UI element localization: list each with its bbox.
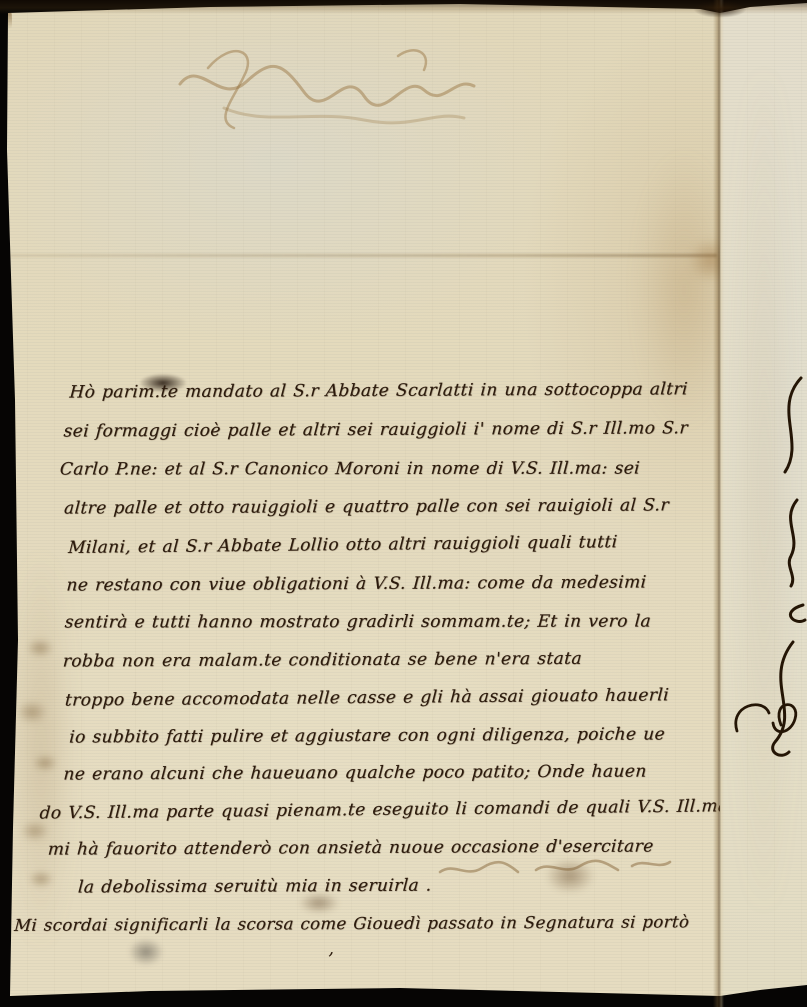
script-line: sentirà e tutti hanno mostrato gradirli … [64, 611, 652, 632]
letter-page: Hò parim.te mandato al S.r Abbate Scarla… [0, 0, 720, 1007]
script-line: ne restano con viue obligationi à V.S. I… [66, 572, 647, 595]
top-edge-shadow [0, 0, 807, 14]
script-line: ne erano alcuni che haueuano qualche poc… [63, 761, 648, 784]
script-line: mi hà fauorito attenderò con ansietà nuo… [47, 836, 654, 859]
page-fold [713, 0, 724, 1007]
script-line: Milani, et al S.r Abbate Lollio otto alt… [68, 532, 619, 558]
script-line: Carlo P.ne: et al S.r Canonico Moroni in… [59, 459, 640, 480]
ink-fragment-flourish [725, 693, 807, 741]
script-line: sei formaggi cioè palle et altri sei rau… [63, 418, 689, 441]
stray-pen-mark: , [328, 938, 334, 959]
script-line: la debolissima seruitù mia in seruirla . [77, 876, 432, 898]
manuscript-scan: Hò parim.te mandato al S.r Abbate Scarla… [0, 0, 807, 1007]
ink-fragment-strokes [755, 350, 807, 1000]
letter-body: Hò parim.te mandato al S.r Abbate Scarla… [0, 0, 723, 1007]
script-line: do V.S. Ill.ma parte quasi pienam.te ese… [39, 796, 729, 823]
script-line: altre palle et otto rauiggioli e quattro… [63, 495, 669, 518]
script-line: io subbito fatti pulire et aggiustare co… [69, 724, 666, 747]
script-line: Mi scordai significarli la scorsa come G… [14, 912, 690, 935]
script-line: robba non era malam.te conditionata se b… [62, 649, 582, 672]
script-line: troppo bene accomodata nelle casse e gli… [64, 685, 669, 710]
script-line: Hò parim.te mandato al S.r Abbate Scarla… [69, 379, 689, 402]
